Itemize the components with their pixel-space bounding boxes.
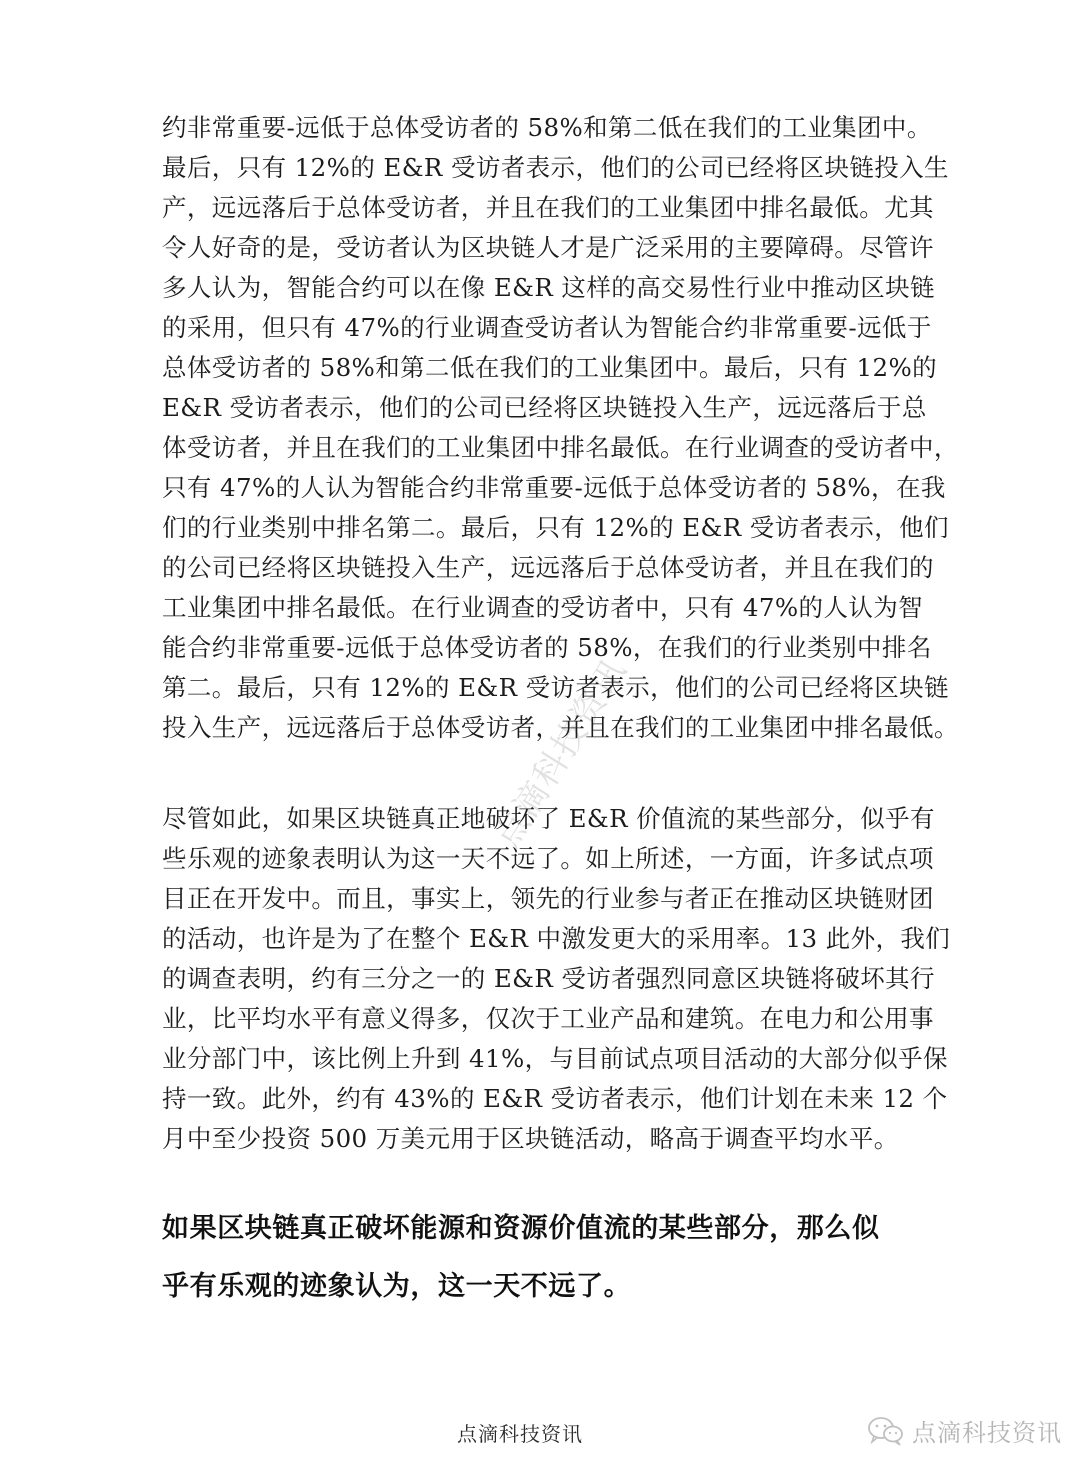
- text-line: 的公司已经将区块链投入生产，远远落后于总体受访者，并且在我们的: [162, 548, 922, 588]
- body-paragraph-1: 约非常重要-远低于总体受访者的 58%和第二低在我们的工业集团中。 最后，只有 …: [162, 108, 922, 748]
- text-line: 业，比平均水平有意义得多，仅次于工业产品和建筑。在电力和公用事: [162, 999, 922, 1039]
- text-line: 能合约非常重要-远低于总体受访者的 58%，在我们的行业类别中排名: [162, 628, 922, 668]
- highlight-quote: 如果区块链真正破坏能源和资源价值流的某些部分，那么似 乎有乐观的迹象认为，这一天…: [162, 1200, 942, 1316]
- footer-brand-label: 点滴科技资讯: [912, 1413, 1062, 1448]
- text-line: 约非常重要-远低于总体受访者的 58%和第二低在我们的工业集团中。: [162, 108, 922, 148]
- text-line: 令人好奇的是，受访者认为区块链人才是广泛采用的主要障碍。尽管许: [162, 228, 922, 268]
- text-line: 月中至少投资 500 万美元用于区块链活动，略高于调查平均水平。: [162, 1119, 922, 1159]
- text-line: 们的行业类别中排名第二。最后，只有 12%的 E&R 受访者表示，他们: [162, 508, 922, 548]
- text-line: 投入生产，远远落后于总体受访者，并且在我们的工业集团中排名最低。: [162, 708, 922, 748]
- text-line: 持一致。此外，约有 43%的 E&R 受访者表示，他们计划在未来 12 个: [162, 1079, 922, 1119]
- quote-line: 如果区块链真正破坏能源和资源价值流的某些部分，那么似: [162, 1200, 942, 1258]
- text-line: 工业集团中排名最低。在行业调查的受访者中，只有 47%的人认为智: [162, 588, 922, 628]
- body-paragraph-2: 尽管如此，如果区块链真正地破坏了 E&R 价值流的某些部分，似乎有 些乐观的迹象…: [162, 799, 922, 1159]
- text-line: 体受访者，并且在我们的工业集团中排名最低。在行业调查的受访者中，: [162, 428, 922, 468]
- document-page: 点滴科技资讯 约非常重要-远低于总体受访者的 58%和第二低在我们的工业集团中。…: [0, 0, 1080, 1467]
- text-line: 产，远远落后于总体受访者，并且在我们的工业集团中排名最低。尤其: [162, 188, 922, 228]
- text-line: 总体受访者的 58%和第二低在我们的工业集团中。最后，只有 12%的: [162, 348, 922, 388]
- text-line: 最后，只有 12%的 E&R 受访者表示，他们的公司已经将区块链投入生: [162, 148, 922, 188]
- text-line: 的采用，但只有 47%的行业调查受访者认为智能合约非常重要-远低于: [162, 308, 922, 348]
- text-line: 多人认为，智能合约可以在像 E&R 这样的高交易性行业中推动区块链: [162, 268, 922, 308]
- text-line: 只有 47%的人认为智能合约非常重要-远低于总体受访者的 58%，在我: [162, 468, 922, 508]
- text-line: 些乐观的迹象表明认为这一天不远了。如上所述，一方面，许多试点项: [162, 839, 922, 879]
- quote-line: 乎有乐观的迹象认为，这一天不远了。: [162, 1258, 942, 1316]
- wechat-icon: [866, 1415, 906, 1447]
- footer-brand: 点滴科技资讯: [866, 1413, 1062, 1448]
- text-line: 第二。最后，只有 12%的 E&R 受访者表示，他们的公司已经将区块链: [162, 668, 922, 708]
- text-line: 的调查表明，约有三分之一的 E&R 受访者强烈同意区块链将破坏其行: [162, 959, 922, 999]
- text-line: 尽管如此，如果区块链真正地破坏了 E&R 价值流的某些部分，似乎有: [162, 799, 922, 839]
- footer-source-label: 点滴科技资讯: [457, 1418, 583, 1447]
- text-line: 业分部门中，该比例上升到 41%，与目前试点项目活动的大部分似乎保: [162, 1039, 922, 1079]
- text-line: E&R 受访者表示，他们的公司已经将区块链投入生产，远远落后于总: [162, 388, 922, 428]
- text-line: 的活动，也许是为了在整个 E&R 中激发更大的采用率。13 此外，我们: [162, 919, 922, 959]
- text-line: 目正在开发中。而且，事实上，领先的行业参与者正在推动区块链财团: [162, 879, 922, 919]
